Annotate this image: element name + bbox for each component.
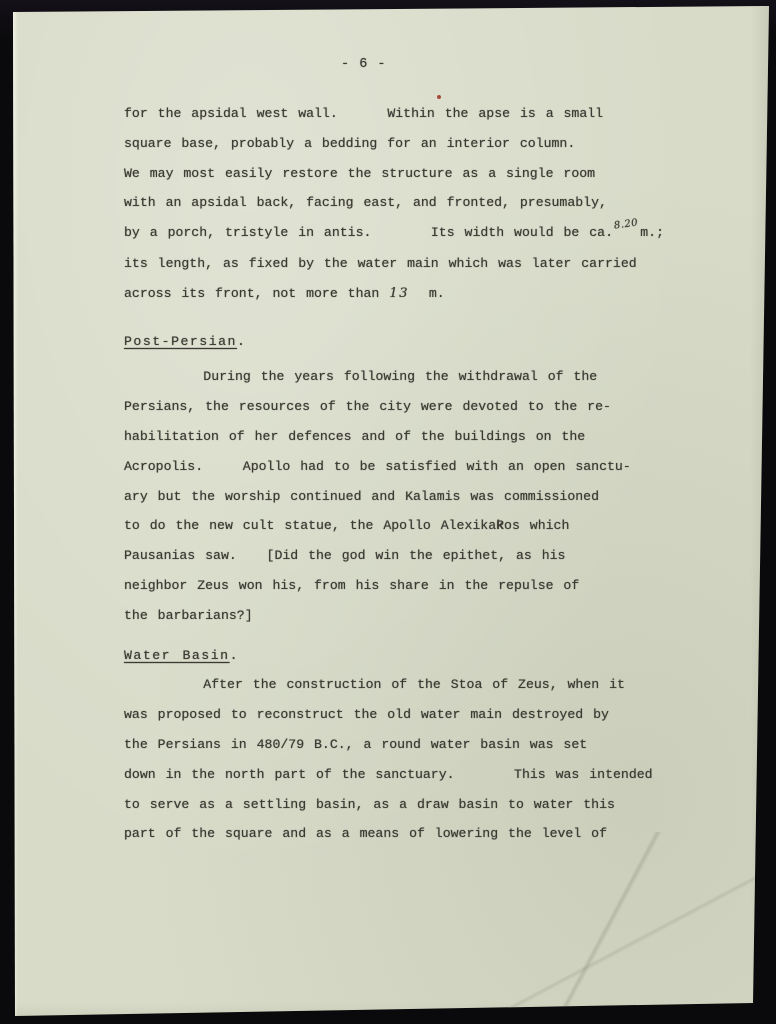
section-heading-text: Post-Persian — [124, 334, 237, 349]
typed-text: Acropolis. Apollo had to be satisfied wi… — [124, 459, 631, 474]
text-line: to serve as a settling basin, as a draw … — [124, 790, 724, 820]
typed-text: After the construction of the Stoa of Ze… — [124, 677, 625, 692]
typed-text: m. — [409, 286, 445, 301]
document-body: for the apsidal west wall. Within the ap… — [124, 99, 724, 849]
typed-text: its length, as fixed by the water main w… — [124, 256, 637, 271]
text-line: the barbarians?] — [124, 601, 724, 631]
typed-text: During the years following the withdrawa… — [124, 369, 597, 384]
text-line: neighbor Zeus won his, from his share in… — [124, 571, 724, 601]
typed-text: the barbarians?] — [124, 608, 253, 623]
paragraph: After the construction of the Stoa of Ze… — [124, 670, 724, 849]
text-line: square base, probably a bedding for an i… — [124, 129, 724, 159]
typed-text: part of the square and as a means of low… — [124, 826, 607, 841]
text-line: habilitation of her defences and of the … — [124, 422, 724, 452]
typed-text: across its front, not more than — [124, 286, 389, 301]
typed-text: We may most easily restore the structure… — [124, 166, 595, 181]
typed-text: down in the north part of the sanctuary.… — [124, 767, 653, 782]
paragraph: for the apsidal west wall. Within the ap… — [124, 99, 724, 309]
text-line: part of the square and as a means of low… — [124, 819, 724, 849]
typed-text: square base, probably a bedding for an i… — [124, 136, 575, 151]
typed-text: os which — [504, 518, 569, 533]
text-line: was proposed to reconstruct the old wate… — [124, 700, 724, 730]
typed-text: the Persians in 480/79 B.C., a round wat… — [124, 737, 587, 752]
typed-text: ary but the worship continued and Kalami… — [124, 489, 599, 504]
text-line: During the years following the withdrawa… — [124, 362, 724, 392]
typed-text: Persians, the resources of the city were… — [124, 399, 611, 414]
section-heading: Water Basin. — [124, 641, 724, 671]
text-line: to do the new cult statue, the Apollo Al… — [124, 511, 724, 541]
typed-text: to do the new cult statue, the Apollo Al… — [124, 518, 496, 533]
page-number: - 6 - — [341, 57, 387, 72]
heading-period: . — [230, 648, 239, 663]
handwritten-measurement: 8.20 — [612, 209, 640, 242]
section-heading: Post-Persian. — [124, 327, 724, 357]
handwritten-number: 13 — [389, 286, 409, 301]
text-line: down in the north part of the sanctuary.… — [124, 760, 724, 790]
heading-period: . — [237, 334, 246, 349]
typed-text: by a porch, tristyle in antis. Its width… — [124, 225, 613, 240]
scanned-page: - 6 - for the apsidal west wall. Within … — [0, 0, 776, 1024]
text-line: for the apsidal west wall. Within the ap… — [124, 99, 724, 129]
typed-text: habilitation of her defences and of the … — [124, 429, 585, 444]
text-line: We may most easily restore the structure… — [124, 159, 724, 189]
typed-text: to serve as a settling basin, as a draw … — [124, 797, 615, 812]
text-line: After the construction of the Stoa of Ze… — [124, 670, 724, 700]
typed-text: Pausanias saw. [Did the god win the epit… — [124, 548, 565, 563]
typed-text: with an apsidal back, facing east, and f… — [124, 195, 607, 210]
correction-character: k — [496, 518, 504, 533]
text-line: across its front, not more than 13 m. — [124, 279, 724, 309]
overstrike-correction: Rk — [496, 511, 504, 541]
text-line: Persians, the resources of the city were… — [124, 392, 724, 422]
text-line: its length, as fixed by the water main w… — [124, 249, 724, 279]
typed-text: was proposed to reconstruct the old wate… — [124, 707, 609, 722]
text-line: the Persians in 480/79 B.C., a round wat… — [124, 730, 724, 760]
text-line: Pausanias saw. [Did the god win the epit… — [124, 541, 724, 571]
paragraph: During the years following the withdrawa… — [124, 362, 724, 630]
typed-text: for the apsidal west wall. Within the ap… — [124, 106, 603, 121]
text-line: by a porch, tristyle in antis. Its width… — [124, 218, 724, 249]
text-line: Acropolis. Apollo had to be satisfied wi… — [124, 452, 724, 482]
typed-text: neighbor Zeus won his, from his share in… — [124, 578, 579, 593]
typed-text: m.; — [640, 225, 664, 240]
paper-sheet: - 6 - for the apsidal west wall. Within … — [0, 0, 776, 1024]
section-heading-text: Water Basin — [124, 648, 230, 663]
text-line: ary but the worship continued and Kalami… — [124, 482, 724, 512]
